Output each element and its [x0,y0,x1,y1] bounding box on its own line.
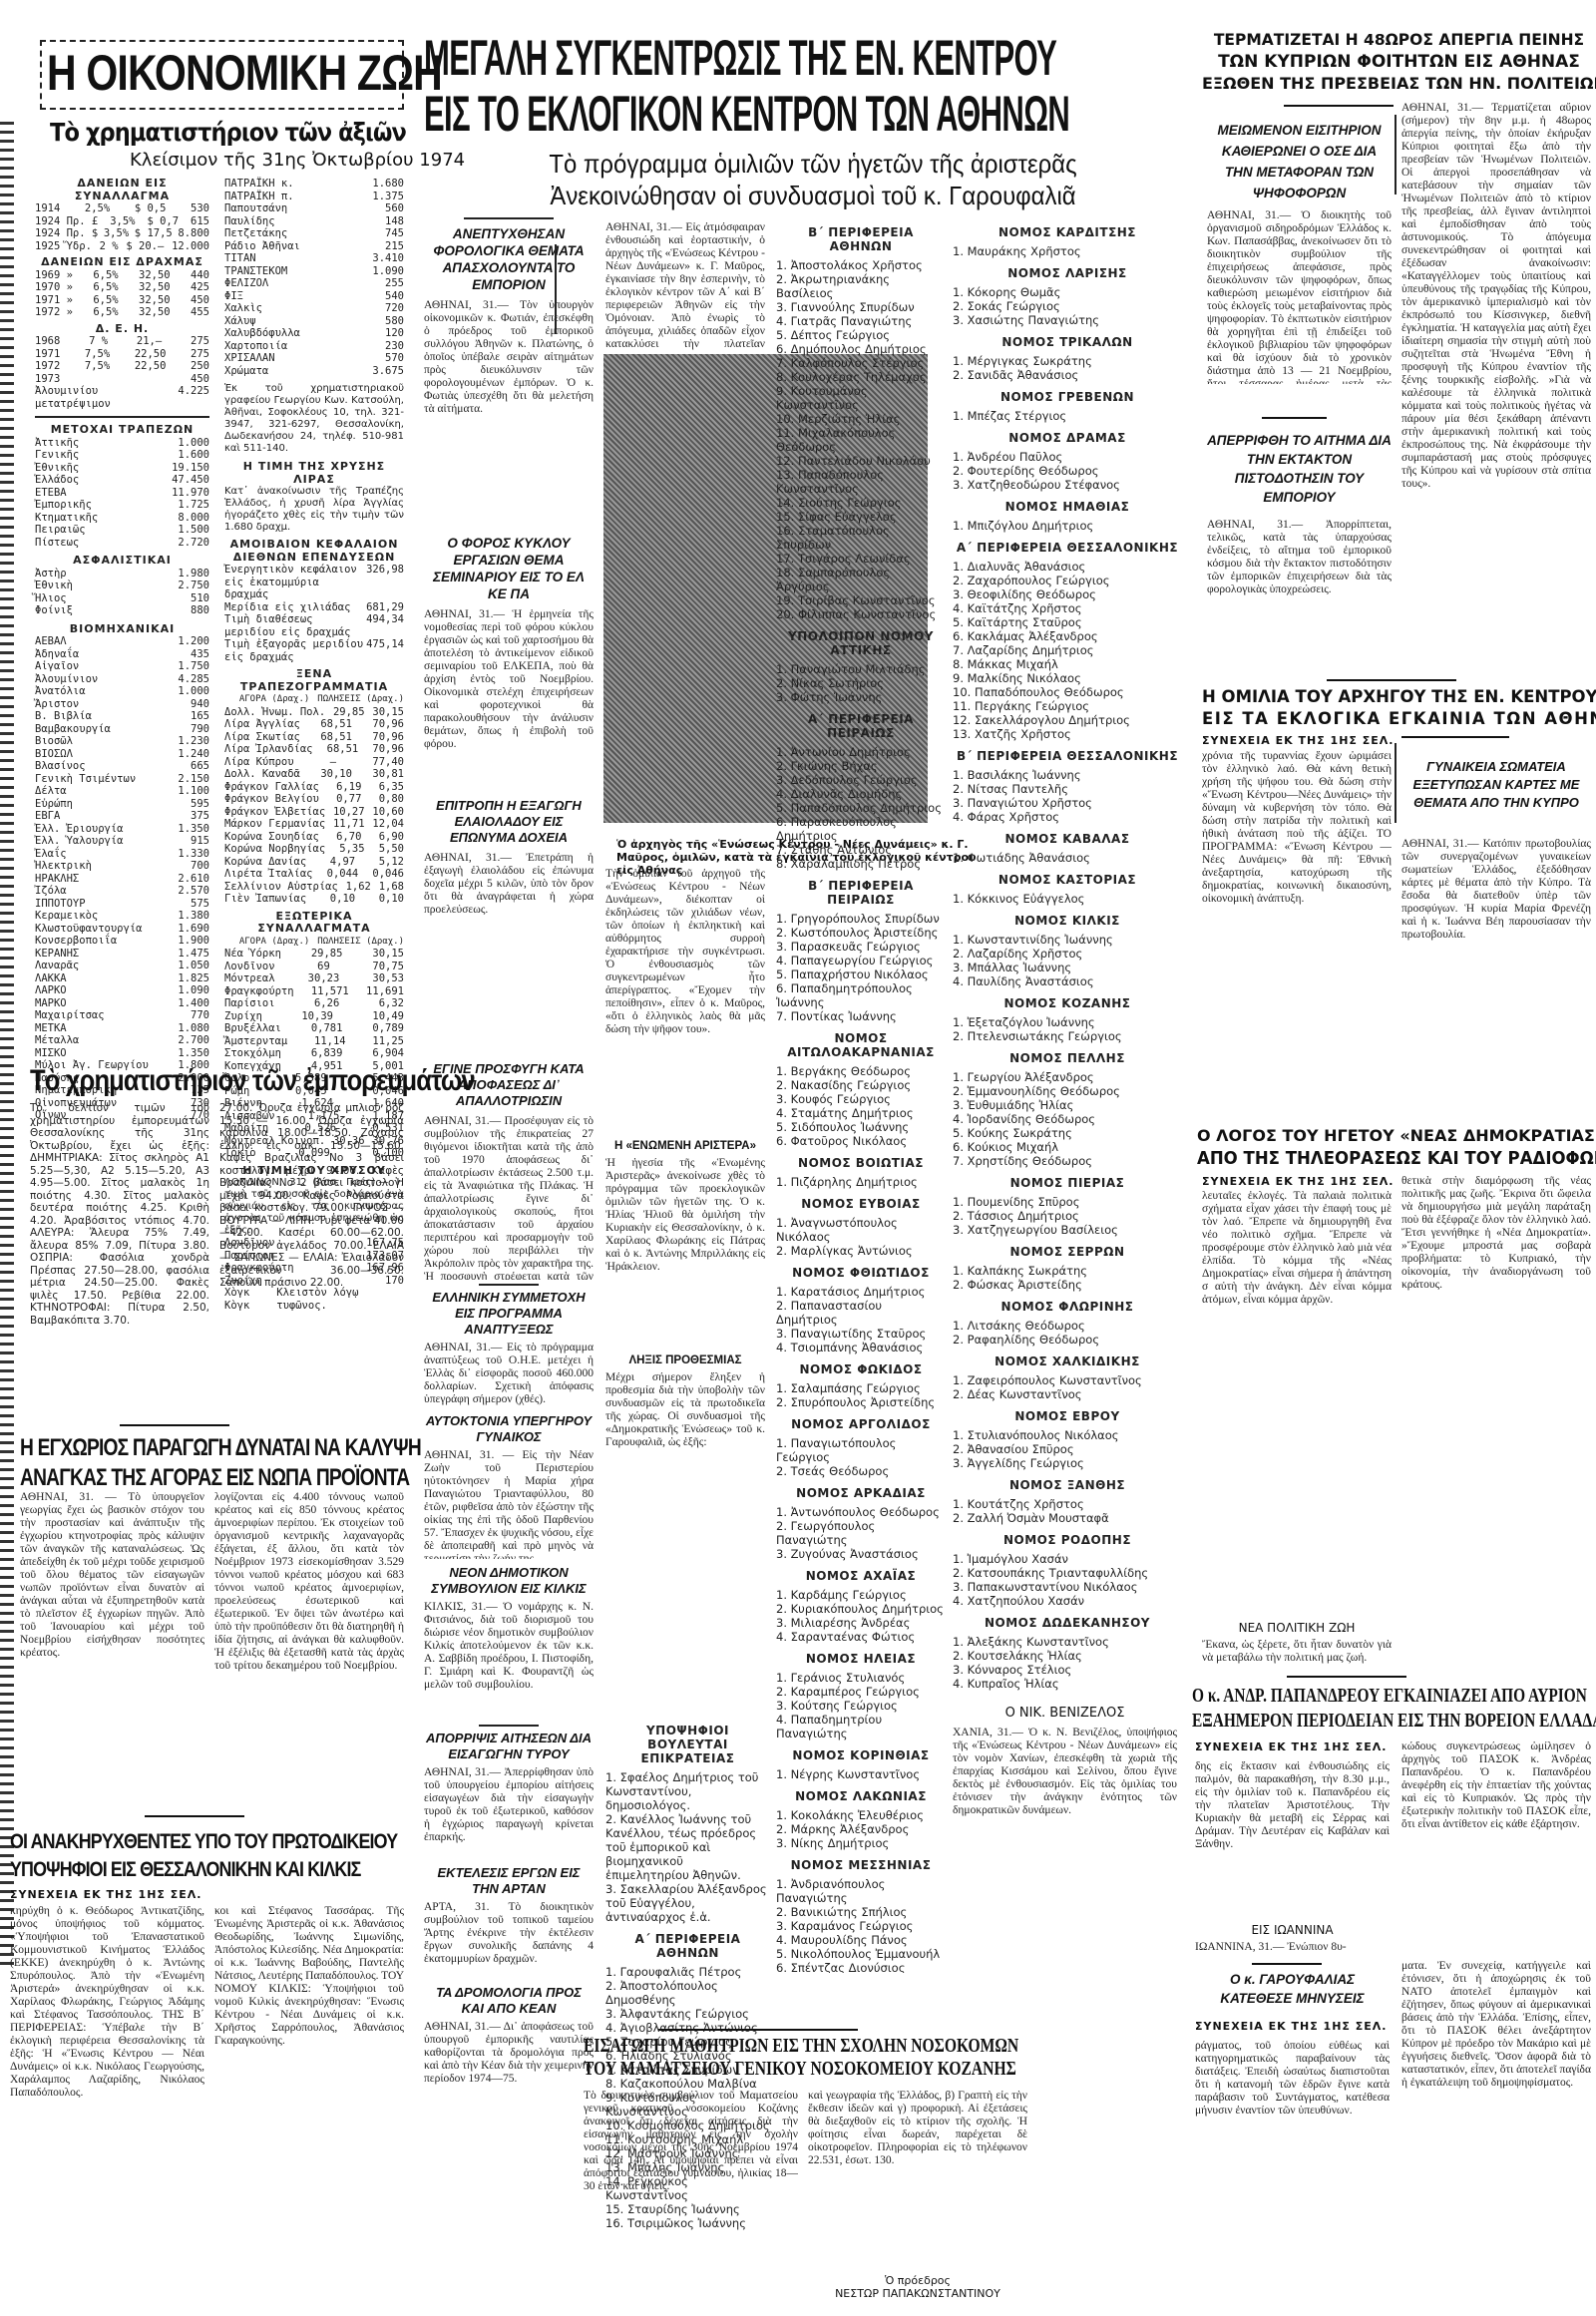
table-row: Κονσερβοποιΐα1.900 [35,935,209,948]
candidate-name: 2. Λαζαρίδης Χρῆστος [953,947,1182,961]
table-row: ΕΒΓΑ375 [35,810,209,823]
table-row: ΑΕΒΑΛ1.200 [35,635,209,648]
section-title: Η ΟΙΚΟΝΟΜΙΚΗ ΖΩΗ [47,42,338,104]
candidate-name: 2. Ἀθανασίου Σπῦρος [953,1442,1182,1456]
candidate-name: 2. Τσεάς Θεόδωρος [776,1464,946,1478]
candidate-name: 6. Φατοῦρος Νικόλαος [776,1134,946,1148]
candidate-name: 3. Μιλιαρέσης Ἀνδρέας [776,1616,946,1630]
district-heading: ΝΟΜΟΣ ΦΘΙΩΤΙΔΟΣ [776,1266,946,1280]
candidate-name: 3. Καραμάνος Γεώργιος [776,1919,946,1933]
candidate-name: 5. Δέπτος Γεώργιος [776,328,946,342]
district-heading: Β΄ ΠΕΡΙΦΕΡΕΙΑ ΠΕΙΡΑΙΩΣ [776,879,946,907]
candidate-name: 9. Κουτουμάνος Κωνσταντῖνος [776,384,946,412]
table-row: ΜΑΡΚΟ1.400 [35,997,209,1010]
table-row: Φοίνιξ880 [35,604,209,617]
candidate-name: 1. Γρηγορόπουλος Σπυρίδων [776,912,946,926]
candidate-name: 7. Καλφόπουλος Στέργιος [776,356,946,370]
list-item: 2. Ἀποστολόπουλος Δημοσθένης [605,1979,770,2007]
papandreou-body-2: κώδους συγκεντρώσεως ὡμίλησεν ὁ ἀρχηγὸς … [1401,1740,1591,1960]
table-row: Μαχαιρίτσας770 [35,1009,209,1022]
district-heading: ΝΟΜΟΣ ΗΜΑΘΙΑΣ [953,500,1182,514]
candidate-name: 4. Σαρανταένας Φώτιος [776,1630,946,1644]
candidate-name: 2. Παπαναστασίου Δημήτριος [776,1299,946,1327]
table-row: Σελλίνιον Αὐστρίας1,621,68 [224,881,404,894]
table-row: 1925 Ὕδρ.2 %$ 20.—12.000 [35,240,209,253]
candidate-name: 2. Σοκάς Γεώργιος [953,299,1182,313]
table-row: 1914 2,5%$ 0,5530 [35,202,209,215]
district-heading: ΝΟΜΟΣ ΗΛΕΙΑΣ [776,1652,946,1666]
candidate-name: 3. Κόνναρος Στέλιος [953,1663,1182,1677]
district-heading: ΝΟΜΟΣ ΑΙΤΩΛΟΑΚΑΡΝΑΝΙΑΣ [776,1031,946,1059]
candidate-name: 2. Ἀκρωτηριανάκης Βασίλειος [776,272,946,300]
garoufalias-body-2: ματα. Ἐν συνεχείᾳ, κατήγγειλε καὶ ἐτόνισ… [1401,1960,1591,2309]
candidate-name: 1. Φωτιάδης Ἀθανάσιος [953,851,1182,865]
candidate-name: 6. Δημόπουλος Δημήτριος [776,342,946,356]
divider [1401,736,1509,738]
candidate-name: 7. Στάθης Ἀντώνιος [776,843,946,857]
candidate-name: 11. Περγάκης Γεώργιος [953,699,1182,713]
district-heading: ΝΟΜΟΣ ΒΟΙΩΤΙΑΣ [776,1156,946,1170]
district-heading: ΝΟΜΟΣ ΚΟΡΙΝΘΙΑΣ [776,1748,946,1762]
list-item: 4. Ἀγιοβλασίτης Ἀντώνιος [605,2021,770,2035]
candidate-name: 3. Μπάλλας Ἰωάννης [953,961,1182,974]
district-heading: ΝΟΜΟΣ ΑΡΓΟΛΙΔΟΣ [776,1417,946,1431]
table-row: Λίρα Κύπρου—77,40 [224,756,404,769]
candidate-name: 2. Μαρλίγκας Ἀντώνιος [776,1244,946,1258]
table-row: Κεραμεικὸς1.380 [35,910,209,923]
district-heading: ΝΟΜΟΣ ΣΕΡΡΩΝ [953,1245,1182,1259]
mavros-article-body-1: ΑΘΗΝΑΙ, 31.— Εἰς ἀτμόσφαιραν ἐνθουσιώδη … [605,221,765,351]
table-row: Μόντρεαλ30,2330,53 [224,972,404,985]
district-heading: Β΄ ΠΕΡΙΦΕΡΕΙΑ ΑΘΗΝΩΝ [776,225,946,253]
divider [1287,1676,1406,1678]
candidate-name: 3. Ἀγγελίδης Γεώργιος [953,1456,1182,1470]
table-row: Λίρα Ἀγγλίας68,5170,96 [224,718,404,731]
candidate-name: 1. Κωνσταντινίδης Ἰωάννης [953,933,1182,947]
table-row: Παπουτσάνη560 [224,202,404,215]
table-row: Εὐρώπη595 [35,798,209,811]
district-heading: ΝΟΜΟΣ ΓΡΕΒΕΝΩΝ [953,390,1182,404]
commodities-title: Τὸ χρηματιστήριον τῶν ἐμπορευμάτων [30,1064,475,1098]
table-row: Λίρα Σκωτίας68,5170,96 [224,731,404,744]
candidate-name: 11. Μιχαλακόπουλος Θεόδωρος [776,426,946,454]
table-row: ΗΡΑΚΛΗΣ2.610 [35,873,209,886]
table-row: Χαρτοποιία230 [224,340,404,353]
candidate-name: 1. Ἀποστολάκος Χρῆστος [776,258,946,272]
candidate-name: 8. Κουλοχέρας Τηλέμαχος [776,370,946,384]
table-row: Γενικὴ Τσιμέντων2.150 [35,773,209,786]
table-row: Ζυρίχη10,3910,49 [224,1010,404,1023]
prothesmia-title: ΛΗΞΙΣ ΠΡΟΘΕΣΜΙΑΣ [605,1351,765,1370]
nursing-signature: Ὁ πρόεδρος ΝΕΣΤΩΡ ΠΑΠΑΚΩΝΣΤΑΝΤΙΝΟΥ [818,2274,1017,2300]
table-row: Ἑλλάδος47.450 [35,474,209,487]
table-row: Ἰζόλα2.570 [35,885,209,898]
candidate-name: 1. Νέγρης Κωνσταντῖνος [776,1767,946,1781]
nd-footer-subhead: ΝΕΑ ΠΟΛΙΤΙΚΗ ΖΩΗ [1202,1621,1392,1635]
district-heading: ΝΟΜΟΣ ΚΑΡΔΙΤΣΗΣ [953,225,1182,239]
candidate-name: 2. Ἐμμανουηλίδης Θεόδωρος [953,1084,1182,1098]
nursing-body-1: Τὸ διοικητικὸν συμβούλιον τοῦ Μαματσείου… [584,2090,798,2299]
candidate-name: 1. Μέργιγκας Σωκράτης [953,354,1182,368]
commodities-body-2: 27.00. Ὄρυζα ἐγχωρία μπλιοῦ ρὸζ 15.50 — … [219,1102,404,1401]
candidate-name: 6. Σπέντζας Διονύσιος [776,1961,946,1973]
table-row: Φράγκον Βελγίου0,770,80 [224,793,404,806]
table-row: Νέα Ὑόρκη29,8530,15 [224,948,404,961]
candidate-name: 4. Φάρας Χρῆστος [953,810,1182,824]
candidate-name: 3. Θεοφιλίδης Θεόδωρος [953,587,1182,601]
table-row: ΤΙΤΑΝ3.410 [224,252,404,265]
ioannina-body: ΙΩΑΝΝΙΝΑ, 31.— Ἐνώπιον 8υ- [1195,1941,1390,1957]
table-row: Ἠλεκτρικὴ700 [35,860,209,873]
thessaloniki-body-1: κηρύχθη ὁ κ. Θεόδωρος Ἀντικατζίδης, μόνο… [10,1905,204,2304]
table-row: Χάλυψ580 [224,315,404,328]
candidate-name: 1. Ἰμαμόγλου Χασάν [953,1552,1182,1566]
table-row: Τιμὴ διαθέσεως μεριδίου εἰς δραχμάς494,3… [224,613,404,638]
table-row: Πίστεως2.720 [35,537,209,550]
candidate-name: 12. Σακελλάρογλου Δημήτριος [953,713,1182,727]
candidate-name: 4. Τσιομπάνης Ἀθανάσιος [776,1341,946,1354]
nursing-headline: ΕΙΣΑΓΩΓΗ ΜΑΘΗΤΡΙΩΝ ΕΙΣ ΤΗΝ ΣΧΟΛΗΝ ΝΟΣΟΚΟ… [584,2035,1032,2081]
candidate-name: 5. Καϊτάρτης Σταῦρος [953,615,1182,629]
candidate-name: 2. Κατσουπάκης Τριανταφυλλίδης [953,1566,1182,1580]
candidate-name: 1. Πιζάρηλης Δημήτριος [776,1175,946,1189]
column-rule [1395,743,1396,823]
candidate-name: 4. Γιατρᾶς Παναγιώτης [776,314,946,328]
candidate-name: 3. Δεδόπουλος Γεώργιος [776,773,946,787]
candidate-name: 6. Κούκιος Μιχαήλ [953,1140,1182,1154]
candidate-name: 2. Νίκας Σωτήριος [776,676,946,690]
list-item: 3. Σακελλαρίου Ἀλέξανδρος τοῦ Εὐαγγέλου,… [605,1882,770,1924]
table-row: Λίρα Ἰρλανδίας68,5170,96 [224,743,404,756]
candidate-name: 2. Νίτσας Παντελῆς [953,782,1182,796]
candidate-name: 1. Καρατάσιος Δημήτριος [776,1285,946,1299]
candidate-name: 2. Πτελενσιωτάκης Γεώργιος [953,1029,1182,1043]
papandreou-body-1: δης εἰς ἔκτασιν καὶ ἐνθουσιώδης εἰς παλμ… [1195,1760,1390,1915]
district-heading: ΝΟΜΟΣ ΚΑΒΑΛΑΣ [953,832,1182,846]
candidate-name: 6. Παπαδημητρόπουλος Ἰωάννης [776,981,946,1009]
district-heading: ΝΟΜΟΣ ΔΡΑΜΑΣ [953,431,1182,445]
table-row: ΙΠΠΟΤΟΥΡ575 [35,898,209,911]
candidate-name: 5. Παπαδόπουλος Δημήτριος [776,801,946,815]
table-row: Ἀστὴρ1.980 [35,568,209,580]
candidate-name: 1. Διαλυνᾶς Ἀθανάσιος [953,560,1182,574]
table-row: Παυλίδης148 [224,215,404,228]
candidate-name: 4. Χατζηπούλου Χασάν [953,1594,1182,1608]
candidate-name: 4. Κυπραῖος Ἠλίας [953,1677,1182,1691]
table-row: 1970 »6,5%32,50425 [35,281,209,294]
table-row: Φράγκον Ἑλβετίας10,2710,60 [224,806,404,819]
table-row: ΠΑΤΡΑΪΚΗ π.1.375 [224,191,404,203]
candidate-name: 4. Σταμάτης Δημήτριος [776,1106,946,1120]
candidate-name: 2. Μάρκης Ἀλέξανδρος [776,1822,946,1836]
candidate-name: 7. Λαζαρίδης Δημήτριος [953,643,1182,657]
candidate-name: 2. Κουτσελάκης Ἠλίας [953,1649,1182,1663]
district-heading: ΝΟΜΟΣ ΛΑΡΙΣΗΣ [953,266,1182,280]
candidate-name: 8. Χαραλαμπίδης Πέτρος [776,857,946,871]
table-row: Χαλυβδόφυλλα120 [224,327,404,340]
venizelos-article: Ο ΝΙΚ. ΒΕΝΙΖΕΛΟΣ ΧΑΝΙΑ, 31.— Ὁ κ. Ν. Βεν… [953,1706,1177,1996]
district-heading: ΝΟΜΟΣ ΧΑΛΚΙΔΙΚΗΣ [953,1354,1182,1368]
district-heading: Α΄ ΠΕΡΙΦΕΡΕΙΑ ΘΕΣΣΑΛΟΝΙΚΗΣ [953,541,1182,555]
table-row: 1924 Πρ. £3,5%$ 0,7615 [35,215,209,228]
candidate-name: 2. Βανικιώτης Σπήλιος [776,1905,946,1919]
enomeni-aristera-title: Η «ΕΝΩΜΕΝΗ ΑΡΙΣΤΕΡΑ» [605,1137,765,1156]
divider [1327,679,1456,681]
candidate-name: 2. Ζαχαρόπουλος Γεώργιος [953,574,1182,587]
divider [120,1424,229,1426]
table-row: Κτηματικῆς8.000 [35,512,209,525]
candidate-name: 2. Σπυρόπουλος Ἀριστείδης [776,1395,946,1409]
district-heading: ΝΟΜΟΣ ΠΕΛΛΗΣ [953,1051,1182,1065]
list-item: 1. Γαρουφαλιᾶς Πέτρος [605,1965,770,1979]
table-row: ΠΑΤΡΑΪΚΗ κ.1.680 [224,178,404,191]
candidate-name: 2. Σανιδᾶς Ἀθανάσιος [953,368,1182,382]
candidate-name: 1. Ἀναγνωστόπουλος Νικόλαος [776,1216,946,1244]
district-heading: ΝΟΜΟΣ ΜΕΣΣΗΝΙΑΣ [776,1858,946,1872]
nd-body-1: λευταῖες ἐκλογές. Τὰ παλαιὰ πολιτικὰ σχή… [1202,1190,1392,1609]
garoufalias-title: Ο κ. ΓΑΡΟΥΦΑΛΙΑΣ ΚΑΤΕΘΕΣΕ ΜΗΝΥΣΕΙΣ [1195,1970,1390,2008]
nd-footer-body: Ἔκανα, ὡς ξέρετε, ὅτι ἦταν δυνατὸν γιὰ ν… [1202,1639,1392,1669]
candidate-name: 1. Λιτσάκης Θεόδωρος [953,1319,1182,1333]
table-row: 19717,5%22,50275 [35,348,209,361]
table-row: Δολλ. Καναδᾶ30,1030,81 [224,768,404,781]
candidate-name: 3. Φώτης Ἰωάννης [776,690,946,704]
table-row: Τιμὴ ἐξαγορᾶς μεριδίου εἰς δραχμάς475,14 [224,638,404,663]
candidate-name: 2. Γεωργόπουλος Παναγιώτης [776,1519,946,1547]
ose-body: ΑΘΗΝΑΙ, 31.— Ὁ διοικητὴς τοῦ ὀργανισμοῦ … [1207,209,1392,384]
candidate-name: 1. Βεργάκης Θεόδωρος [776,1064,946,1078]
table-row: Ἐθνικῆς19.150 [35,462,209,475]
table-row: Λιρέτα Ἰταλίας0,0440,046 [224,868,404,881]
candidate-name: 1. Ἀντωνίου Δημήτριος [776,745,946,759]
candidate-name: 2. Φώσκας Ἀριστείδης [953,1278,1182,1292]
table-row: ΤΡΑΝΣΤΕΚΟΜ1.090 [224,265,404,278]
candidate-name: 14. Σιούτης Γεώργιος [776,496,946,510]
candidate-name: 3. Ζυγούνας Ἀναστάσιος [776,1547,946,1561]
district-heading: ΝΟΜΟΣ ΔΩΔΕΚΑΝΗΣΟΥ [953,1616,1182,1630]
district-heading: ΝΟΜΟΣ ΚΙΛΚΙΣ [953,914,1182,928]
table-row: ΛΑΡΚΟ1.090 [35,984,209,997]
candidate-name: 13. Παπαδόπουλος Κωνσταντῖνος [776,468,946,496]
table-row: Μέταλλα2.700 [35,1034,209,1047]
divider [1262,417,1327,419]
table-row: Μερίδια εἰς χιλιάδας681,29 [224,601,404,614]
candidate-name: 1. Βασιλάκης Ἰωάννης [953,768,1182,782]
candidate-name: 2. Τάσσιος Δημήτριος [953,1209,1182,1223]
local-production-body-1: ΑΘΗΝΑΙ, 31. — Τὸ ὑπουργεῖον γεωργίας ἔχε… [20,1491,204,1780]
list-item: 3. Ἀλφαντάκης Γεώργιος [605,2007,770,2021]
ose-title: ΜΕΙΩΜΕΝΟΝ ΕΙΣΙΤΗΡΙΟΝ ΚΑΘΙΕΡΩΝΕΙ Ο ΟΣΕ ΔΙ… [1207,120,1392,203]
table-row: ΕΤΕΒΑ11.970 [35,487,209,500]
district-heading: ΝΟΜΟΣ ΚΑΣΤΟΡΙΑΣ [953,873,1182,887]
table-row: ΦΕΛΙΖΟΛ255 [224,277,404,290]
candidate-name: 2. Ζαλλή Ὀσμὰν Μουσταφᾶ [953,1511,1182,1525]
table-row: 1924 Πρ. $3,5%$ 17,58.800 [35,227,209,240]
candidate-name: 3. Παναγιωτίδης Σταῦρος [776,1327,946,1341]
candidate-name: 17. Τσιγάρος Λεωνίδας [776,552,946,566]
continuation-label: ΣΥΝΕΧΕΙΑ ΕΚ ΤΗΣ 1ΗΣ ΣΕΛ. [1195,1740,1387,1753]
mid-narrow-column: ΑΝΕΠΤΥΧΘΗΣΑΝ ΦΟΡΟΛΟΓΙΚΑ ΘΕΜΑΤΑ ΑΠΑΣΧΟΛΟΥ… [424,217,594,2140]
column-rule [1395,115,1396,194]
table-row: Ἀττικῆς1.000 [35,437,209,450]
candidate-name: 6. Κακλάμας Ἀλέξανδρος [953,629,1182,643]
main-headline: ΜΕΓΑΛΗ ΣΥΓΚΕΝΤΡΩΣΙΣ ΤΗΣ ΕΝ. ΚΕΝΤΡΟΥ ΕΙΣ … [424,30,1192,142]
table-row: Πετζετάκης745 [224,227,404,240]
table-row: Ἐνεργητικὸν κεφάλαιον εἰς ἑκατομμύρια δρ… [224,564,404,601]
table-row: Κορώνα Σουηδίας6,706,90 [224,831,404,844]
prothesmia-body: Μέχρι σήμερον ἔληξεν ἡ προθεσμία διὰ τὴν… [605,1371,765,1711]
candidate-name: 1. Μαυράκης Χρῆστος [953,244,1182,258]
candidate-name: 1. Παναγιώτου Μιλτιάδης [776,662,946,676]
table-row: Ἥλιος510 [35,592,209,605]
omilia-body: χρόνια τῆς τυραννίας ἔχουν ὡριμάσει τὸν … [1202,750,1392,1104]
district-heading: ΝΟΜΟΣ ΤΡΙΚΑΛΩΝ [953,335,1182,349]
gynaikeia-body: ΑΘΗΝΑΙ, 31.— Κατόπιν πρωτοβουλίας τῶν συ… [1401,838,1591,1102]
candidate-name: 2. Γκιώνης Βήχας [776,759,946,773]
table-row: Βιοσῶλ1.230 [35,735,209,748]
table-row: ΒΙΟΣΩΛ1.240 [35,748,209,761]
nursing-body-2: καὶ γεωγραφία τῆς Ἑλλάδος, β) Γραπτὴ εἰς… [808,2090,1027,2269]
divider [658,2029,858,2031]
nd-body-2: θετικὰ στὴν διαμόρφωση τῆς νέας πολιτικῆ… [1401,1175,1591,1659]
table-row: Πειραιῶς1.500 [35,524,209,537]
table-row: Λαναρᾶς1.050 [35,960,209,972]
table-row: Ἀλουμινίου μετατρέψιμον4.225 [35,385,209,410]
district-heading: ΝΟΜΟΣ ΑΧΑΪΑΣ [776,1569,946,1583]
candidate-name: 10. Παπαδόπουλος Θεόδωρος [953,685,1182,699]
table-row: Ἐμπορικῆς1.725 [35,499,209,512]
table-row: Κλωστοϋφαντουργία1.690 [35,923,209,936]
candidate-name: 10. Μερζιώτης Ἠλίας [776,412,946,426]
candidate-name: 3. Χατζηγεωργίου Βασίλειος [953,1223,1182,1237]
candidate-name: 1. Ἀλεξάκης Κωνσταντῖνος [953,1635,1182,1649]
table-row: 1972 »6,5%32,50455 [35,306,209,319]
mavros-article-body-2: Τὴν ὁμιλίαν τοῦ ἀρχηγοῦ τῆς «Ἑνώσεως Κέν… [605,868,765,1097]
candidate-name: 4. Μαυρουλίδης Πάνος [776,1933,946,1947]
thessaloniki-body-2: κοι καὶ Στέφανος Τασσάρας. Τῆς Ἑνωμένης … [214,1905,404,2304]
candidate-name: 1. Κοκολάκης Ἐλευθέριος [776,1808,946,1822]
candidate-name: 2. Κωστόπουλος Ἀριστείδης [776,926,946,940]
district-heading: ΝΟΜΟΣ ΑΡΚΑΔΙΑΣ [776,1486,946,1500]
district-heading: Α΄ ΠΕΡΙΦΕΡΕΙΑ ΠΕΙΡΑΙΩΣ [776,712,946,740]
candidate-name: 1. Μπέζας Στέργιος [953,409,1182,423]
garoufalias-body-1: ράγματος, τοῦ ὁποίου εὐθέως καὶ κατηγορη… [1195,2040,1390,2309]
gynaikeia-title: ΓΥΝΑΙΚΕΙΑ ΣΩΜΑΤΕΙΑ ΕΞΕΤΥΠΩΣΑΝ ΚΑΡΤΕΣ ΜΕ … [1401,758,1591,812]
district-heading: ΝΟΜΟΣ ΡΟΔΟΠΗΣ [953,1533,1182,1547]
candidate-name: 3. Νίκης Δημήτριος [776,1836,946,1850]
table-row: ΛΑΚΚΑ1.825 [35,972,209,985]
main-deck: Τὸ πρόγραμμα ὁμιλιῶν τῶν ἡγετῶν τῆς ἀρισ… [454,148,1172,211]
table-row: 1969 »6,5%32,50440 [35,269,209,282]
table-row: Κορώνα Νορβηγίας5,355,50 [224,843,404,856]
candidates-column-2: ΝΟΜΟΣ ΚΑΡΔΙΤΣΗΣ1. Μαυράκης ΧρῆστοςΝΟΜΟΣ … [953,217,1182,1694]
column-rule [555,244,557,334]
candidate-name: 3. Χατζηθεοδώρου Στέφανος [953,478,1182,492]
candidate-name: 4. Παπαδημητρίου Παναγιώτης [776,1713,946,1740]
nd-headline: Ο ΛΟΓΟΣ ΤΟΥ ΗΓΕΤΟΥ «ΝΕΑΣ ΔΗΜΟΚΡΑΤΙΑΣ» ΑΠ… [1197,1125,1596,1171]
divider [1252,1963,1322,1965]
table-row: 19727,5%22,50250 [35,360,209,373]
table-row: Γιὲν Ἰαπωνίας0,100,10 [224,893,404,906]
credit-body: ΑΘΗΝΑΙ, 31.— Ἀπορρίπτεται, τελικῶς, κατὰ… [1207,519,1392,658]
candidate-name: 12. Παντελιάδου Νικολάου [776,454,946,468]
candidate-name: 5. Σιδόπουλος Ἰωάννης [776,1120,946,1134]
loans-exchange-table: ΔΑΝΕΙΩΝ ΕΙΣ ΣΥΝΑΛΛΑΓΜΑ 1914 2,5%$ 0,5530… [35,178,209,1122]
candidate-name: 5. Νικολόπουλος Ἐμμανουήλ [776,1947,946,1961]
table-row: Γενικῆς1.600 [35,449,209,462]
table-row: Παρίσιοι6,266,32 [224,997,404,1010]
candidate-name: 2. Ραφαηλίδης Θεόδωρος [953,1333,1182,1347]
district-heading: ΝΟΜΟΣ ΕΒΡΟΥ [953,1409,1182,1423]
candidate-name: 2. Κυριακόπουλος Δημήτριος [776,1602,946,1616]
table-row: Ἐλλ. Ὑαλουργία915 [35,835,209,848]
table-row: Φράγκον Γαλλίας6,196,35 [224,781,404,794]
divider [1284,105,1394,107]
candidate-name: 3. Κούτσης Γεώργιος [776,1699,946,1713]
table-row: Ἐλλ. Ἐριουργία1.350 [35,823,209,836]
candidate-name: 3. Γιαννούλης Σπυρίδων [776,300,946,314]
candidate-name: 20. Φίλιππας Κωνσταντῖνος [776,607,946,621]
table-row: 1973450 [35,373,209,386]
candidate-name: 1. Κουτάτζης Χρῆστος [953,1497,1182,1511]
papandreou-headline: Ο κ. ΑΝΔΡ. ΠΑΠΑΝΔΡΕΟΥ ΕΓΚΑΙΝΙΑΖΕΙ ΑΠΟ ΑΥ… [1192,1684,1596,1734]
candidate-name: 3. Κουφός Γεώργιος [776,1092,946,1106]
table-row: Βλασίνος665 [35,760,209,773]
candidate-name: 1. Ἐξεταζόγλου Ἰωάννης [953,1015,1182,1029]
district-heading: ΝΟΜΟΣ ΦΛΩΡΙΝΗΣ [953,1300,1182,1314]
table-row: Μάρκον Γερμανίας11,7112,04 [224,818,404,831]
continuation-label: ΣΥΝΕΧΕΙΑ ΕΚ ΤΗΣ 1ΗΣ ΣΕΛ. [1202,734,1394,747]
district-heading: ΝΟΜΟΣ ΕΥΒΟΙΑΣ [776,1197,946,1211]
candidate-name: 4. Παπαγεωργίου Γεώργιος [776,954,946,967]
table-row: Ἐλαΐς1.330 [35,848,209,861]
candidate-name: 1. Ἀντωνόπουλος Θεόδωρος [776,1505,946,1519]
local-production-headline: Η ΕΓΧΩΡΙΟΣ ΠΑΡΑΓΩΓΗ ΔΥΝΑΤΑΙ ΝΑ ΚΑΛΥΨΗ ΑΝ… [20,1434,419,1492]
table-row: Ἀλουμίνιον4.285 [35,673,209,686]
candidate-name: 15. Σίφας Εὐάγγελος [776,510,946,524]
table-row: Κορώνα Δανίας4,975,12 [224,856,404,869]
table-row: Ἐθνικὴ2.750 [35,579,209,592]
local-production-body-2: λογίζονται εἰς 4.400 τόννους νωποῦ κρέατ… [214,1491,404,1780]
table-row: ΜΕΤΚΑ1.080 [35,1022,209,1035]
table-row: Β. Βιβλία165 [35,710,209,723]
enomeni-aristera-body: Ἡ ἡγεσία τῆς «Ἑνωμένης Ἀριστερᾶς» ἀνεκοί… [605,1157,765,1347]
commodities-body-1: Τὸ δελτίον τιμῶν τοῦ χρηματιστηρίου ἐμπο… [30,1102,209,1401]
hunger-strike-headline: ΤΕΡΜΑΤΙΖΕΤΑΙ Η 48ΩΡΟΣ ΑΠΕΡΓΙΑ ΠΕΙΝΗΣ ΤΩΝ… [1202,30,1596,95]
continuation-label: ΣΥΝΕΧΕΙΑ ΕΚ ΤΗΣ 1ΗΣ ΣΕΛ. [1195,2020,1387,2033]
table-row: Ἀδηναΐα435 [35,648,209,661]
candidate-name: 4. Παυλίδης Ἀναστάσιος [953,974,1182,988]
table-row: ΜΙΣΚΟ1.350 [35,1047,209,1060]
district-heading: ΝΟΜΟΣ ΞΑΝΘΗΣ [953,1478,1182,1492]
candidate-name: 1. Κόκορης Θωμᾶς [953,285,1182,299]
table-row: 19687 %21,—275 [35,335,209,348]
table-row: Χαλκὶς720 [224,302,404,315]
candidate-name: 4. Διαλυνᾶς Διομήδης [776,787,946,801]
district-heading: ΥΠΟΛΟΙΠΟΝ ΝΟΜΟΥ ΑΤΤΙΚΗΣ [776,629,946,657]
candidate-name: 1. Σαλαμπάσης Γεώργιος [776,1381,946,1395]
table-row: Ἄμστερνταμ11,1411,25 [224,1035,404,1048]
candidate-name: 2. Δέας Κωνσταντῖνος [953,1387,1182,1401]
candidate-name: 2. Νακασίδης Γεώργιος [776,1078,946,1092]
candidate-name: 1. Κόκκινος Εὐάγγελος [953,892,1182,906]
candidate-name: 3. Παναγιώτου Χρῆστος [953,796,1182,810]
divider [145,1815,244,1817]
candidate-name: 18. Σαμπαρόπουλος Ἀργύριος [776,566,946,593]
ioannina-dateline: ΕΙΣ ΙΩΑΝΝΙΝΑ [1195,1923,1390,1937]
thessaloniki-headline: ΟΙ ΑΝΑΚΗΡΥΧΘΕΝΤΕΣ ΥΠΟ ΤΟΥ ΠΡΩΤΟΔΙΚΕΙΟΥ Υ… [10,1830,409,1882]
table-row: Βρυξέλλαι0,7810,789 [224,1022,404,1035]
